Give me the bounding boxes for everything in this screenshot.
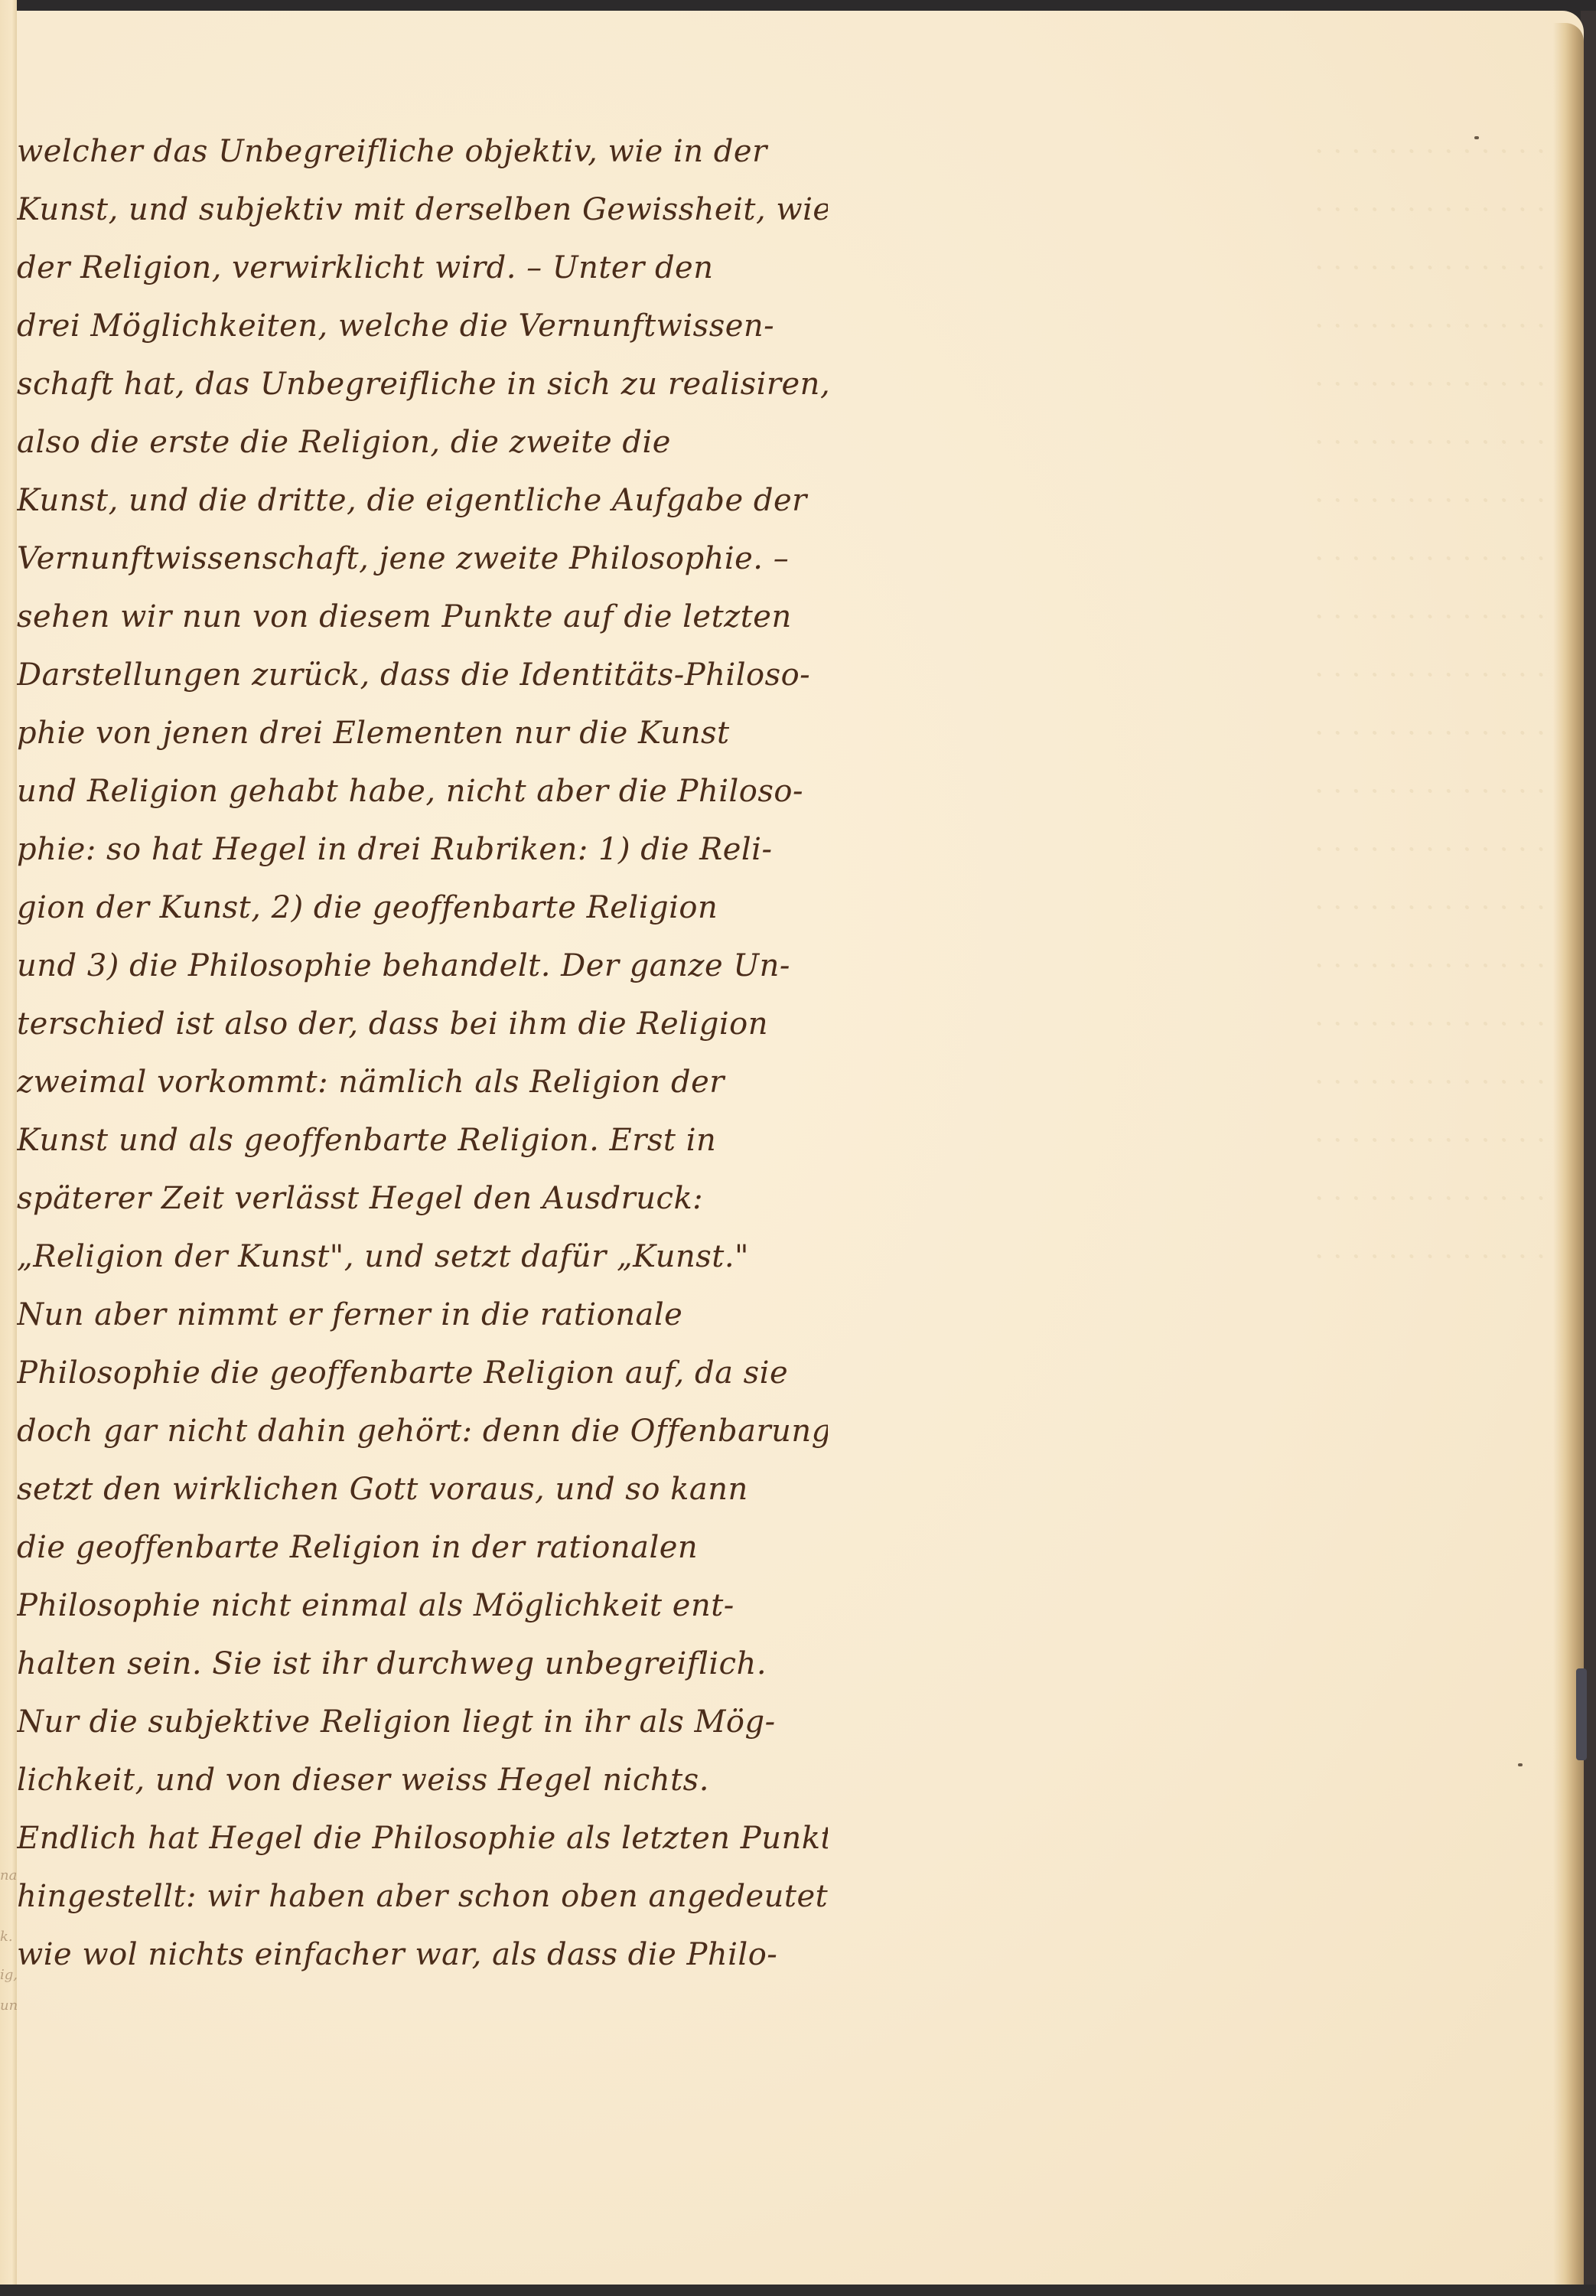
bleedthrough-line: · · · · · · · · · · · · · [811,879,1546,937]
bleedthrough-line: · · · · · · · · · · · · · [811,704,1546,762]
bleedthrough-line: · · · · · · · · · · · · · [811,413,1546,471]
text-line: wie wol nichts einfacher war, als dass d… [17,1926,828,1984]
text-line: zweimal vorkommt: nämlich als Religion d… [17,1053,828,1111]
text-line: setzt den wirklichen Gott voraus, und so… [17,1460,828,1518]
text-line: und Religion gehabt habe, nicht aber die… [17,762,828,820]
bleedthrough-line: · · · · · · · · · · · · · [811,762,1546,820]
text-line: welcher das Unbegreifliche objektiv, wie… [17,122,828,181]
text-line: hingestellt: wir haben aber schon oben a… [17,1867,828,1926]
text-line: Vernunftwissenschaft, jene zweite Philos… [17,530,828,588]
text-line: also die erste die Religion, die zweite … [17,413,828,471]
text-line: und 3) die Philosophie behandelt. Der ga… [17,937,828,995]
text-line: Philosophie nicht einmal als Möglichkeit… [17,1577,828,1635]
text-line: terschied ist also der, dass bei ihm die… [17,995,828,1053]
bleedthrough-line: · · · · · · · · · · · · · [811,1228,1546,1286]
text-line: lichkeit, und von dieser weiss Hegel nic… [17,1751,828,1809]
margin-fragment: ig, [0,1967,17,1984]
bleedthrough-line: · · · · · · · · · · · · · [811,530,1546,588]
scan-background-top [15,0,1596,11]
bleedthrough-line: · · · · · · · · · · · · · [811,471,1546,530]
text-line: sehen wir nun von diesem Punkte auf die … [17,588,828,646]
text-line: „Religion der Kunst", und setzt dafür „K… [17,1228,828,1286]
text-line: Kunst, und subjektiv mit derselben Gewis… [17,181,828,239]
text-line: Nun aber nimmt er ferner in die rational… [17,1286,828,1344]
paper-speck [1518,1763,1523,1766]
bleedthrough-line: · · · · · · · · · · · · · [811,1053,1546,1111]
bleedthrough-line: · · · · · · · · · · · · · [811,646,1546,704]
text-line: Kunst, und die dritte, die eigentliche A… [17,471,828,530]
bleedthrough-line: · · · · · · · · · · · · · [811,181,1546,239]
text-line: die geoffenbarte Religion in der rationa… [17,1518,828,1577]
binding-tear [1576,1668,1587,1760]
adjacent-page-edge: nal k. ig, und [0,0,17,2285]
bleedthrough-line: · · · · · · · · · · · · · [811,239,1546,297]
text-line: schaft hat, das Unbegreifliche in sich z… [17,355,828,413]
text-line: Darstellungen zurück, dass die Identität… [17,646,828,704]
text-line: halten sein. Sie ist ihr durchweg unbegr… [17,1635,828,1693]
bleedthrough-line: · · · · · · · · · · · · · [811,588,1546,646]
text-line: drei Möglichkeiten, welche die Vernunftw… [17,297,828,355]
text-line: Kunst und als geoffenbarte Religion. Ers… [17,1111,828,1169]
bleedthrough-line: · · · · · · · · · · · · · [811,355,1546,413]
margin-fragment: k. [0,1929,17,1945]
margin-fragment: und [0,1998,17,2014]
bleedthrough-line: · · · · · · · · · · · · · [811,820,1546,879]
handwritten-text-block: welcher das Unbegreifliche objektiv, wie… [17,122,828,1984]
paper-speck [1474,136,1479,139]
text-line: späterer Zeit verlässt Hegel den Ausdruc… [17,1169,828,1228]
bleedthrough-line: · · · · · · · · · · · · · [811,297,1546,355]
text-line: Endlich hat Hegel die Philosophie als le… [17,1809,828,1867]
text-line: phie von jenen drei Elementen nur die Ku… [17,704,828,762]
margin-fragment: nal [0,1867,17,1884]
scan-background-bottom [0,2285,1596,2296]
bleedthrough-line: · · · · · · · · · · · · · [811,1169,1546,1228]
text-line: phie: so hat Hegel in drei Rubriken: 1) … [17,820,828,879]
page-deckled-edge [1553,23,1584,2285]
bleedthrough-text: · · · · · · · · · · · · · · · · · · · · … [811,122,1546,1286]
text-line: Nur die subjektive Religion liegt in ihr… [17,1693,828,1751]
bleedthrough-line: · · · · · · · · · · · · · [811,1111,1546,1169]
text-line: der Religion, verwirklicht wird. – Unter… [17,239,828,297]
text-line: doch gar nicht dahin gehört: denn die Of… [17,1402,828,1460]
bleedthrough-line: · · · · · · · · · · · · · [811,937,1546,995]
text-line: gion der Kunst, 2) die geoffenbarte Reli… [17,879,828,937]
bleedthrough-line: · · · · · · · · · · · · · [811,995,1546,1053]
bleedthrough-line: · · · · · · · · · · · · · [811,122,1546,181]
text-line: Philosophie die geoffenbarte Religion au… [17,1344,828,1402]
